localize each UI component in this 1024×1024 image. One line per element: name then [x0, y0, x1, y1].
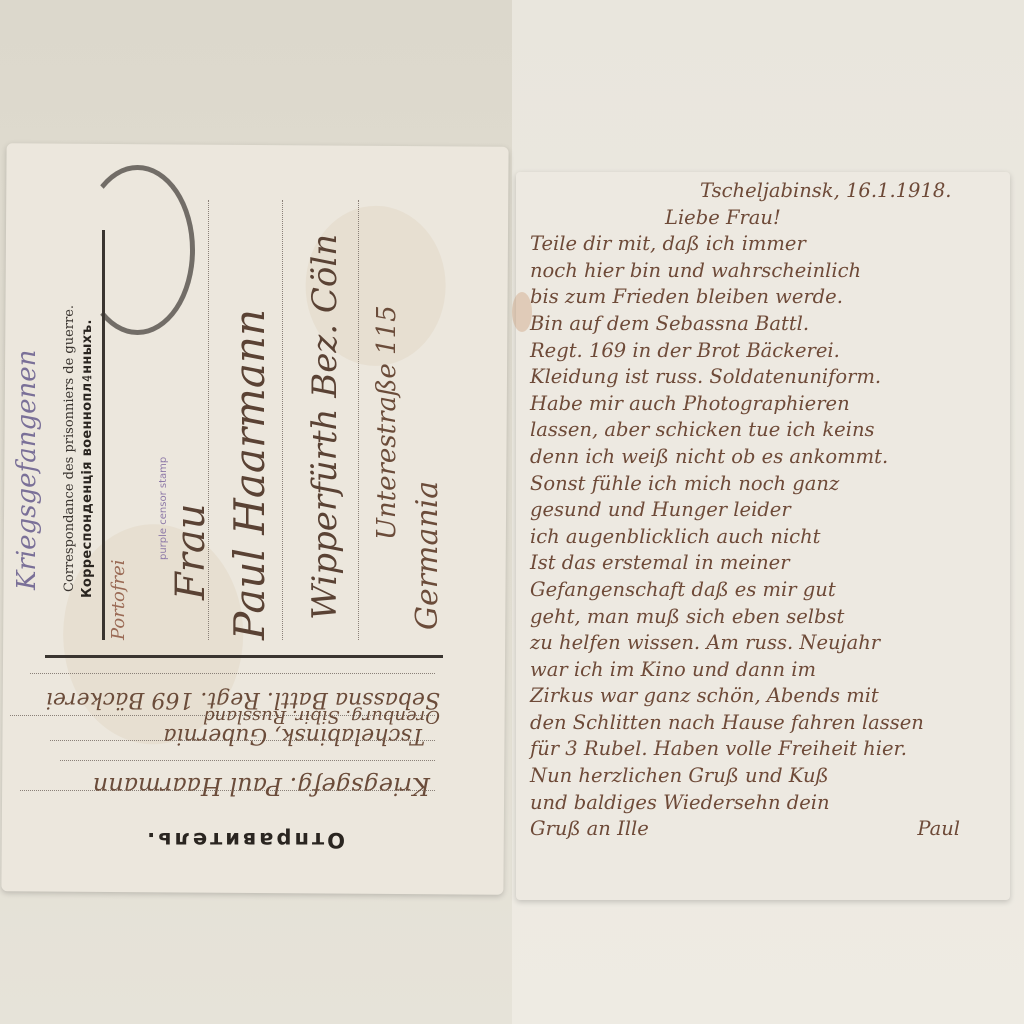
letter-line: Sonst fühle ich mich noch ganz — [530, 471, 1000, 498]
printed-header-french: Correspondance des prisonniers de guerre… — [62, 305, 77, 592]
frame-vertical-line — [102, 230, 105, 640]
letter-line: ich augenblicklich auch nicht — [530, 524, 1000, 551]
letter-date: Tscheljabinsk, 16.1.1918. — [530, 178, 1000, 205]
letter-line: war ich im Kino und dann im — [530, 657, 1000, 684]
frame-horizontal-line — [45, 655, 443, 658]
letter-line: denn ich weiß nicht ob es ankommt. — [530, 444, 1000, 471]
sender-line: Orenburg. Sibir. Russland — [203, 706, 440, 727]
letter-line: Nun herzlichen Gruß und Kuß — [530, 763, 1000, 790]
postmark-stamp — [80, 165, 195, 335]
printed-sender-label: Отправитель. — [144, 828, 345, 852]
letter-line: Ist das erstemal in meiner — [530, 550, 1000, 577]
sender-dotted-line — [60, 760, 435, 761]
letter-line: Kleidung ist russ. Soldatenuniform. — [530, 364, 1000, 391]
letter-line: den Schlitten nach Hause fahren lassen — [530, 710, 1000, 737]
letter-line: geht, man muß sich eben selbst — [530, 604, 1000, 631]
letter-line: Bin auf dem Sebassna Battl. — [530, 311, 1000, 338]
recipient-city: Wipperfürth Bez. Cöln — [305, 234, 345, 620]
address-dotted-line — [358, 200, 359, 640]
letter-line: Gefangenschaft daß es mir gut — [530, 577, 1000, 604]
letter-text: Tscheljabinsk, 16.1.1918. Liebe Frau! Te… — [530, 178, 1000, 843]
letter-signature: Paul — [917, 816, 960, 843]
sender-dotted-line — [30, 673, 435, 674]
address-dotted-line — [282, 200, 283, 640]
handwritten-portofrei: Portofrei — [108, 559, 129, 640]
letter-greeting: Liebe Frau! — [530, 205, 1000, 232]
recipient-country: Germania — [410, 481, 445, 630]
printed-header-russian: Корреспонденція военнопл𝟺нныхъ. — [80, 319, 95, 598]
letter-closing: Gruß an Ille Paul — [530, 816, 1000, 843]
letter-line: und baldiges Wiedersehn dein — [530, 790, 1000, 817]
paper-stain — [512, 292, 532, 332]
letter-line: noch hier bin und wahrscheinlich — [530, 258, 1000, 285]
letter-line: Teile dir mit, daß ich immer — [530, 231, 1000, 258]
letter-line: Habe mir auch Photographieren — [530, 391, 1000, 418]
recipient-title: Frau — [168, 504, 214, 600]
recipient-street: Unterestraße 115 — [372, 305, 402, 540]
recipient-name: Paul Haarmann — [225, 309, 274, 640]
letter-line: gesund und Hunger leider — [530, 497, 1000, 524]
letter-line: für 3 Rubel. Haben volle Freiheit hier. — [530, 736, 1000, 763]
sender-line: Kriegsgefg. Paul Haarmann — [93, 772, 430, 800]
letter-line: Regt. 169 in der Brot Bäckerei. — [530, 338, 1000, 365]
letter-line: bis zum Frieden bleiben werde. — [530, 284, 1000, 311]
letter-line: Zirkus war ganz schön, Abends mit — [530, 683, 1000, 710]
handwritten-pow-marking: Kriegsgefangenen — [12, 350, 42, 590]
letter-postscript: Gruß an Ille — [530, 816, 649, 843]
letter-line: zu helfen wissen. Am russ. Neujahr — [530, 630, 1000, 657]
letter-line: lassen, aber schicken tue ich keins — [530, 417, 1000, 444]
censor-stamp: purple censor stamp — [158, 457, 169, 560]
